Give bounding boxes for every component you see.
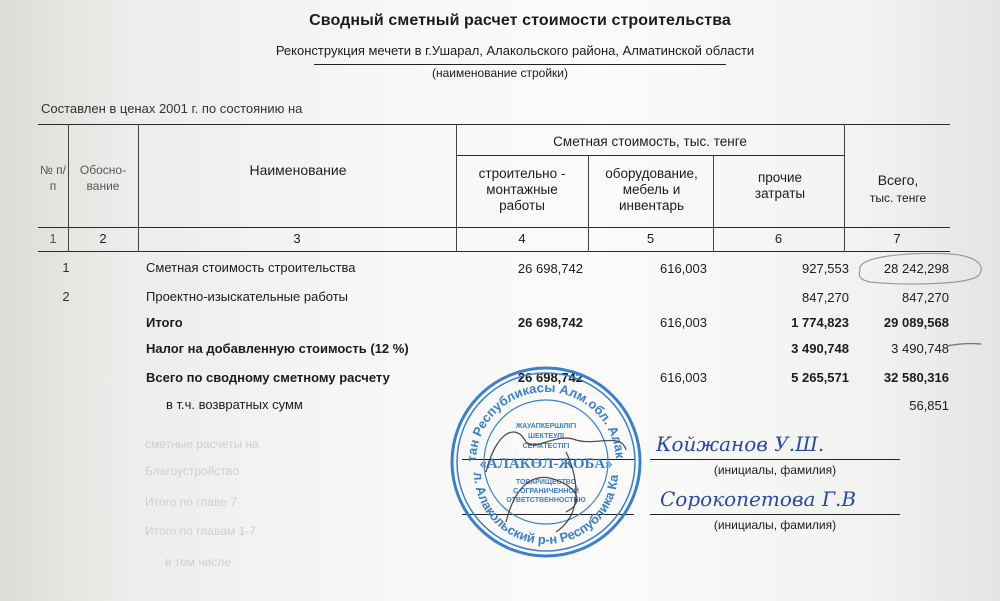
header-construction: строительно - монтажные работы: [462, 166, 582, 214]
signature-line: [650, 514, 900, 515]
group-header-rule: [456, 155, 844, 156]
header-bottom-rule: [38, 227, 950, 228]
header-other: прочие затраты: [740, 170, 820, 202]
signature-handwritten: Сорокопетова Г.В: [660, 487, 856, 511]
compiled-note: Составлен в ценах 2001 г. по состоянию н…: [41, 101, 302, 116]
total-value: 29 089,568: [884, 315, 949, 330]
row-name: Проектно-изыскательные работы: [146, 289, 348, 304]
construction-value: 26 698,742: [518, 315, 583, 330]
svg-text:ОТВЕТСТВЕННОСТЬЮ: ОТВЕТСТВЕННОСТЬЮ: [506, 497, 586, 504]
construction-value: 26 698,742: [518, 261, 583, 276]
signature-line: [650, 459, 900, 460]
other-value: 5 265,571: [791, 370, 849, 385]
other-value: 847,270: [802, 290, 849, 305]
table-top-rule: [38, 124, 950, 125]
header-name: Наименование: [140, 162, 456, 178]
header-no: № п/п: [38, 162, 68, 194]
stamp-company-name: «АЛАКӨЛ-ЖОБА»: [479, 456, 612, 472]
col-number: 1: [38, 231, 68, 246]
col-number: 2: [68, 231, 138, 246]
bleed-through-text: Итого по главам 1-7: [145, 524, 256, 538]
col-number: 5: [588, 231, 713, 246]
row-name: Налог на добавленную стоимость (12 %): [146, 341, 409, 356]
header-basis: Обосно-вание: [70, 162, 136, 194]
equipment-value: 616,003: [660, 370, 707, 385]
company-stamp: Қазақстан Республикасы Алм.обл. Алакөл а…: [446, 362, 646, 562]
handdrawn-circle-mark: [850, 250, 990, 290]
col-number: 4: [456, 231, 588, 246]
total-value: 847,270: [902, 290, 949, 305]
signature-caption: (инициалы, фамилия): [650, 463, 900, 477]
total-value: 56,851: [909, 398, 949, 413]
row-name: Всего по сводному сметному расчету: [146, 370, 390, 385]
total-value: 3 490,748: [891, 341, 949, 356]
bleed-through-text: сметные расчеты на: [145, 437, 259, 451]
col-number: 7: [844, 231, 950, 246]
other-value: 1 774,823: [791, 315, 849, 330]
header-equipment: оборудование, мебель и инвентарь: [590, 166, 713, 214]
pencil-tick-mark: [945, 338, 985, 350]
row-name: Сметная стоимость строительства: [146, 260, 356, 275]
header-estimated-cost: Сметная стоимость, тыс. тенге: [456, 134, 844, 150]
total-value: 32 580,316: [884, 370, 949, 385]
project-caption: (наименование стройки): [0, 66, 1000, 80]
other-value: 3 490,748: [791, 341, 849, 356]
signature-handwritten: Койжанов У.Ш.: [656, 432, 824, 456]
bleed-through-text: Благоустройство: [145, 464, 239, 478]
header-total-unit: тыс. тенге: [846, 190, 950, 206]
project-name: Реконструкция мечети в г.Ушарал, Алаколь…: [0, 43, 1000, 58]
other-value: 927,553: [802, 261, 849, 276]
equipment-value: 616,003: [660, 315, 707, 330]
project-name-underline: [314, 64, 726, 65]
signature-caption: (инициалы, фамилия): [650, 518, 900, 532]
row-number: 2: [56, 289, 76, 304]
row-name: в т.ч. возвратных сумм: [166, 397, 303, 412]
equipment-value: 616,003: [660, 261, 707, 276]
row-name: Итого: [146, 315, 183, 330]
col-number: 3: [138, 231, 456, 246]
svg-text:ЖАУАПКЕРШІЛІГІ: ЖАУАПКЕРШІЛІГІ: [515, 423, 576, 430]
document-title: Сводный сметный расчет стоимости строите…: [0, 12, 1000, 30]
bleed-through-text: Итого по главе 7: [145, 495, 237, 509]
row-number: 1: [56, 260, 76, 275]
bleed-through-text: в том числе: [165, 555, 231, 569]
header-total: Всего,: [846, 172, 950, 188]
column-numbers-rule: [38, 251, 950, 252]
col-number: 6: [713, 231, 844, 246]
